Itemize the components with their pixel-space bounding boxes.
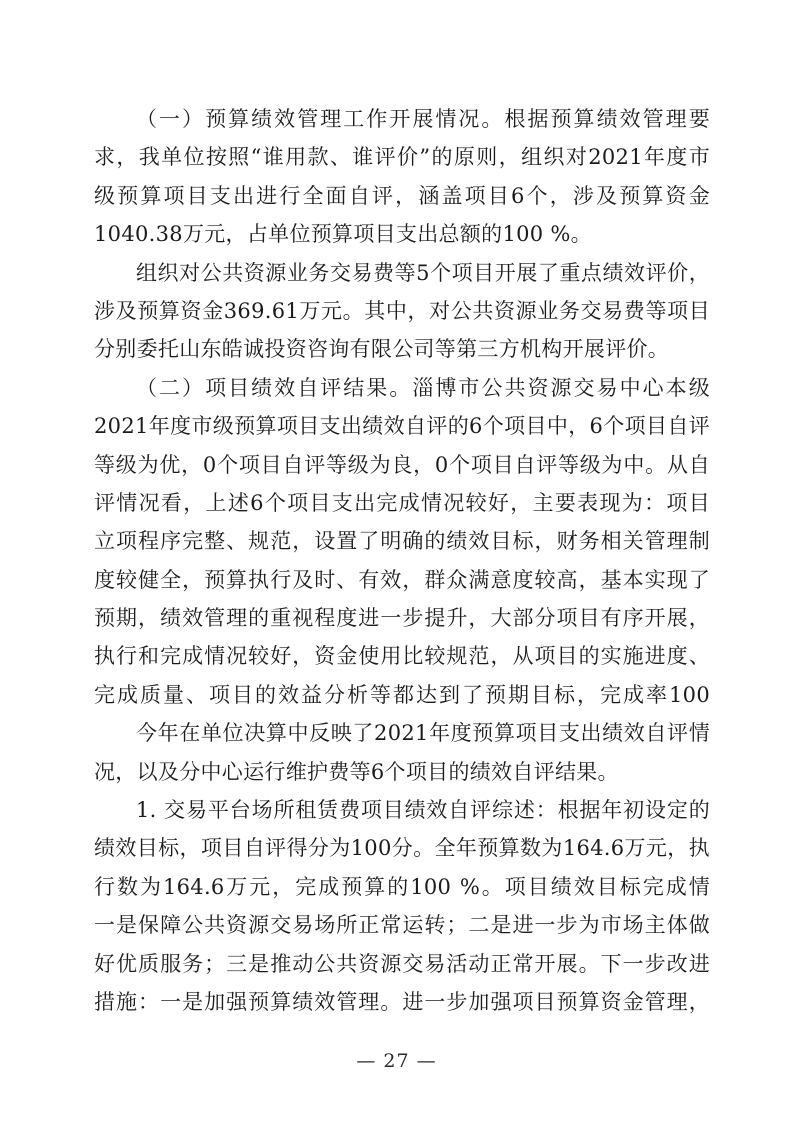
text-line: 一是保障公共资源交易场所正常运转；二是进一步为市场主体做: [94, 906, 710, 944]
text-line: 等级为优，0个项目自评等级为良，0个项目自评等级为中。从自: [94, 446, 710, 484]
text-line: 况，以及分中心运行维护费等6个项目的绩效自评结果。: [94, 753, 710, 791]
text-line: 今年在单位决算中反映了2021年度预算项目支出绩效自评情: [94, 714, 710, 752]
text-line: 完成质量、项目的效益分析等都达到了预期目标，完成率100 %。: [94, 676, 710, 714]
document-page: （一）预算绩效管理工作开展情况。根据预算绩效管理要求，我单位按照“谁用款、谁评价…: [0, 0, 793, 1122]
text-line: 1040.38万元，占单位预算项目支出总额的100 %。: [94, 215, 710, 253]
text-line: 求，我单位按照“谁用款、谁评价”的原则，组织对2021年度市: [94, 138, 710, 176]
text-line: 执行和完成情况较好，资金使用比较规范，从项目的实施进度、: [94, 637, 710, 675]
text-line: 2021年度市级预算项目支出绩效自评的6个项目中，6个项目自评: [94, 407, 710, 445]
text-line: （一）预算绩效管理工作开展情况。根据预算绩效管理要: [94, 100, 710, 138]
text-line: 度较健全，预算执行及时、有效，群众满意度较高，基本实现了: [94, 561, 710, 599]
text-line: 评情况看，上述6个项目支出完成情况较好，主要表现为：项目: [94, 484, 710, 522]
text-line: 绩效目标，项目自评得分为100分。全年预算数为164.6万元，执: [94, 829, 710, 867]
paragraph: （二）项目绩效自评结果。淄博市公共资源交易中心本级2021年度市级预算项目支出绩…: [94, 369, 710, 715]
text-line: 行数为164.6万元，完成预算的100 %。项目绩效目标完成情况：: [94, 868, 710, 906]
paragraph: 今年在单位决算中反映了2021年度预算项目支出绩效自评情况，以及分中心运行维护费…: [94, 714, 710, 791]
text-line: （二）项目绩效自评结果。淄博市公共资源交易中心本级: [94, 369, 710, 407]
text-line: 1. 交易平台场所租赁费项目绩效自评综述：根据年初设定的: [94, 791, 710, 829]
paragraph: （一）预算绩效管理工作开展情况。根据预算绩效管理要求，我单位按照“谁用款、谁评价…: [94, 100, 710, 254]
text-line: 措施：一是加强预算绩效管理。进一步加强项目预算资金管理，: [94, 983, 710, 1021]
text-line: 级预算项目支出进行全面自评，涵盖项目6个，涉及预算资金: [94, 177, 710, 215]
text-line: 预期，绩效管理的重视程度进一步提升，大部分项目有序开展，: [94, 599, 710, 637]
page-number: — 27 —: [0, 1048, 793, 1074]
text-line: 分别委托山东皓诚投资咨询有限公司等第三方机构开展评价。: [94, 330, 710, 368]
text-line: 立项程序完整、规范，设置了明确的绩效目标，财务相关管理制: [94, 522, 710, 560]
text-line: 涉及预算资金369.61万元。其中，对公共资源业务交易费等项目: [94, 292, 710, 330]
paragraph: 1. 交易平台场所租赁费项目绩效自评综述：根据年初设定的绩效目标，项目自评得分为…: [94, 791, 710, 1021]
text-line: 组织对公共资源业务交易费等5个项目开展了重点绩效评价，: [94, 254, 710, 292]
text-line: 好优质服务；三是推动公共资源交易活动正常开展。下一步改进: [94, 945, 710, 983]
document-body: （一）预算绩效管理工作开展情况。根据预算绩效管理要求，我单位按照“谁用款、谁评价…: [94, 100, 710, 1021]
paragraph: 组织对公共资源业务交易费等5个项目开展了重点绩效评价，涉及预算资金369.61万…: [94, 254, 710, 369]
